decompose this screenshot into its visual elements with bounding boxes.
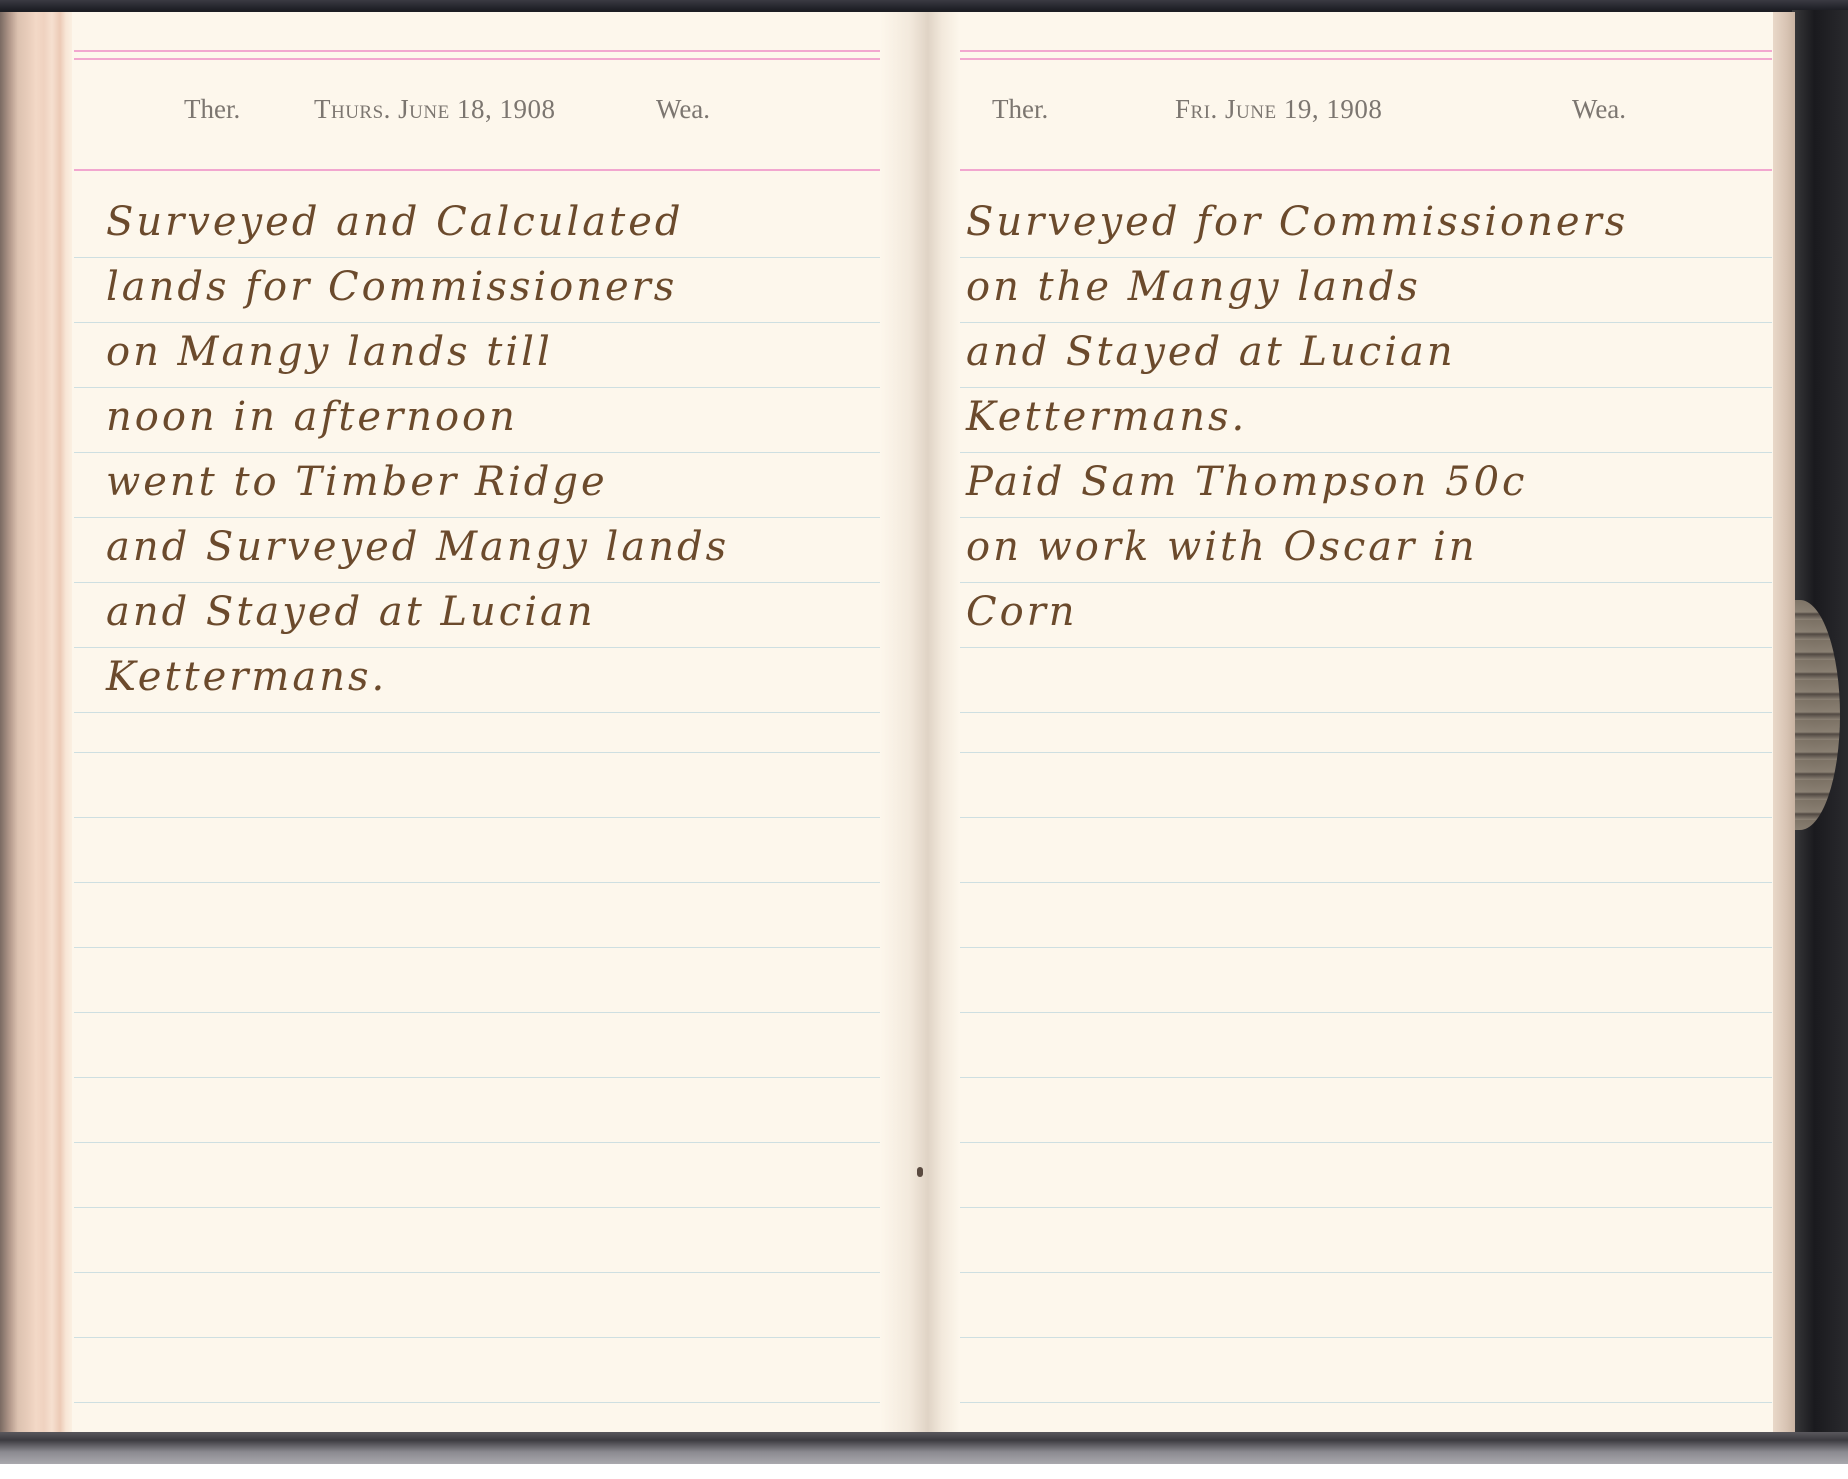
ruled-line xyxy=(74,947,880,948)
entry-line: and Surveyed Mangy lands xyxy=(106,515,870,580)
diary-entry: Surveyed and Calculated lands for Commis… xyxy=(106,190,870,710)
entry-line: and Stayed at Lucian xyxy=(106,580,870,645)
ruled-line xyxy=(74,712,880,713)
ruled-line xyxy=(74,882,880,883)
ruled-line xyxy=(960,1207,1772,1208)
left-page: Ther. Thurs. June 18, 1908 Wea. Surveyed… xyxy=(74,12,880,1432)
ruled-line xyxy=(74,1207,880,1208)
diary-entry: Surveyed for Commissioners on the Mangy … xyxy=(966,190,1762,645)
scan-margin xyxy=(0,1464,1848,1479)
pink-rule xyxy=(960,50,1772,52)
entry-line: on Mangy lands till xyxy=(106,320,870,385)
entry-line: Corn xyxy=(966,580,1762,645)
pink-rule xyxy=(960,58,1772,60)
ruled-line xyxy=(960,947,1772,948)
entry-line: Kettermans. xyxy=(106,645,870,710)
ruled-line xyxy=(74,1337,880,1338)
entry-line: lands for Commissioners xyxy=(106,255,870,320)
ther-label: Ther. xyxy=(184,94,240,125)
ruled-line xyxy=(960,1012,1772,1013)
ruled-line xyxy=(960,817,1772,818)
diary-spread: Ther. Thurs. June 18, 1908 Wea. Surveyed… xyxy=(0,12,1795,1432)
ruled-line xyxy=(960,1272,1772,1273)
entry-line: on work with Oscar in xyxy=(966,515,1762,580)
ruled-line xyxy=(74,752,880,753)
ruled-line xyxy=(960,1077,1772,1078)
entry-line: and Stayed at Lucian xyxy=(966,320,1762,385)
wea-label: Wea. xyxy=(1572,94,1626,125)
ruled-line xyxy=(960,647,1772,648)
page-header: Ther. Thurs. June 18, 1908 Wea. xyxy=(74,94,880,134)
ruled-line xyxy=(74,817,880,818)
ther-label: Ther. xyxy=(992,94,1048,125)
page-header: Ther. Fri. June 19, 1908 Wea. xyxy=(960,94,1772,134)
page-block-edge-right xyxy=(1773,12,1795,1432)
pink-rule xyxy=(74,50,880,52)
entry-line: went to Timber Ridge xyxy=(106,450,870,515)
book-gutter xyxy=(880,12,960,1432)
page-block-edge-left xyxy=(0,12,72,1432)
page-date: Fri. June 19, 1908 xyxy=(1175,94,1382,125)
entry-line: Surveyed for Commissioners xyxy=(966,190,1762,255)
pink-rule xyxy=(74,169,880,171)
ruled-line xyxy=(960,882,1772,883)
ruled-line xyxy=(74,1142,880,1143)
page-date: Thurs. June 18, 1908 xyxy=(314,94,555,125)
entry-line: Kettermans. xyxy=(966,385,1762,450)
ruled-line xyxy=(960,1337,1772,1338)
ruled-line xyxy=(74,1402,880,1403)
ruled-line xyxy=(74,1077,880,1078)
entry-line: on the Mangy lands xyxy=(966,255,1762,320)
ruled-line xyxy=(960,1142,1772,1143)
entry-line: Surveyed and Calculated xyxy=(106,190,870,255)
ruled-line xyxy=(74,1272,880,1273)
pink-rule xyxy=(960,169,1772,171)
wea-label: Wea. xyxy=(656,94,710,125)
right-page: Ther. Fri. June 19, 1908 Wea. Surveyed f… xyxy=(960,12,1772,1432)
scanner-bottom-edge xyxy=(0,1432,1848,1464)
ruled-line xyxy=(960,1402,1772,1403)
ruled-line xyxy=(74,1012,880,1013)
pink-rule xyxy=(74,58,880,60)
entry-line: Paid Sam Thompson 50c xyxy=(966,450,1762,515)
ruled-line xyxy=(960,712,1772,713)
entry-line: noon in afternoon xyxy=(106,385,870,450)
spine-mark xyxy=(917,1167,923,1177)
ruled-line xyxy=(960,752,1772,753)
